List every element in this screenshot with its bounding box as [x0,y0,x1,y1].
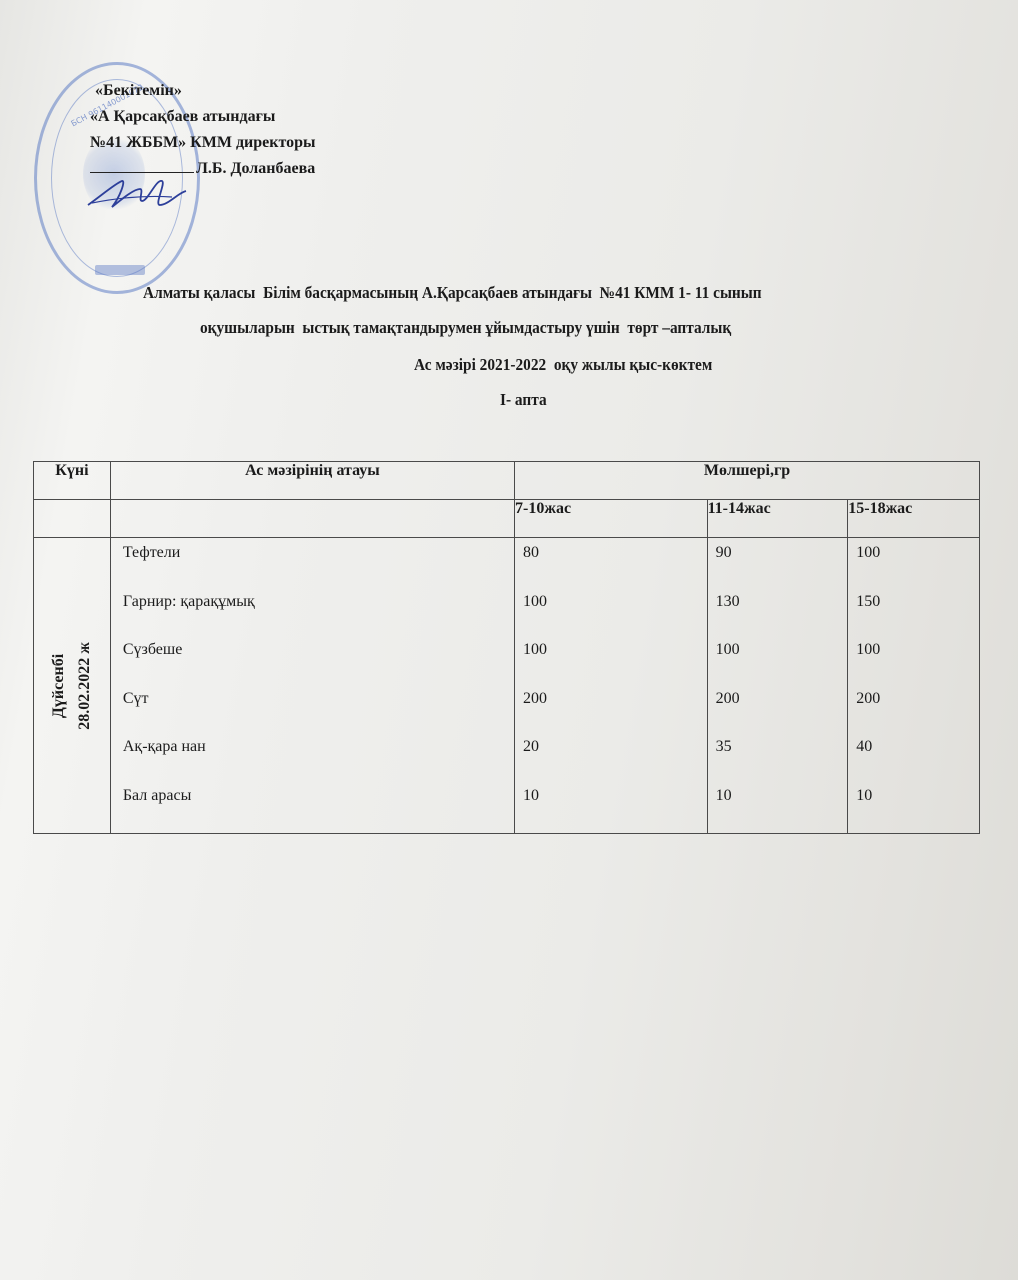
approval-line-school: «А Қарсақбаев атындағы [90,104,316,130]
amount-value: 100 [523,639,707,688]
approval-line-director: №41 ЖББМ» КММ директоры [90,130,316,156]
amounts-11-14: 90 130 100 200 35 10 [707,538,848,834]
date: 28.02.2022 ж [72,642,98,730]
dish-name: Гарнир: қарақұмық [123,591,514,640]
document-title-line-3: Ас мәзірі 2021-2022 оқу жылы қыс-көктем [414,355,1018,375]
amount-value: 200 [856,688,979,737]
amount-value: 90 [716,542,848,591]
header-amount: Мөлшері,гр [515,462,980,500]
age-group-11-14: 11-14жас [707,500,848,538]
age-group-7-10: 7-10жас [515,500,708,538]
table-header-row: Күні Ас мәзірінің атауы Мөлшері,гр [34,462,980,500]
week-label: І- апта [500,390,1018,410]
age-group-15-18: 15-18жас [848,500,980,538]
header-dish: Ас мәзірінің атауы [110,462,514,500]
dish-list: Тефтели Гарнир: қарақұмық Сүзбеше Сүт Ақ… [110,538,514,834]
amount-value: 10 [523,785,707,834]
document-title-line-1: Алматы қаласы Білім басқармасының А.Қарс… [143,283,1018,303]
weekday: Дүйсенбі [46,642,72,730]
age-group-row: 7-10жас 11-14жас 15-18жас [34,500,980,538]
amount-value: 80 [523,542,707,591]
amount-value: 150 [856,591,979,640]
header-day: Күні [34,462,111,500]
amount-value: 20 [523,736,707,785]
table-row: Дүйсенбі 28.02.2022 ж Тефтели Гарнир: қа… [34,538,980,834]
dish-name: Ақ-қара нан [123,736,514,785]
amount-value: 40 [856,736,979,785]
amount-value: 200 [716,688,848,737]
amount-value: 35 [716,736,848,785]
approval-signatory: Л.Б. Доланбаева [196,160,315,177]
amounts-7-10: 80 100 100 200 20 10 [515,538,708,834]
empty-cell [34,500,111,538]
dish-name: Бал арасы [123,785,514,834]
document-title-line-2: оқушыларын ыстық тамақтандырумен ұйымдас… [200,318,1018,338]
empty-cell [110,500,514,538]
amount-value: 10 [716,785,848,834]
menu-table: Күні Ас мәзірінің атауы Мөлшері,гр 7-10ж… [33,461,980,834]
amount-value: 200 [523,688,707,737]
amounts-15-18: 100 150 100 200 40 10 [848,538,980,834]
amount-value: 100 [856,639,979,688]
dish-name: Тефтели [123,542,514,591]
amount-value: 100 [523,591,707,640]
dish-name: Сүт [123,688,514,737]
amount-value: 130 [716,591,848,640]
signature-line [90,172,194,173]
amount-value: 100 [716,639,848,688]
approval-block: «Бекітемін» «А Қарсақбаев атындағы №41 Ж… [92,78,316,182]
day-cell: Дүйсенбі 28.02.2022 ж [34,538,111,834]
amount-value: 100 [856,542,979,591]
dish-name: Сүзбеше [123,639,514,688]
amount-value: 10 [856,785,979,834]
approval-heading: «Бекітемін» [95,78,316,104]
stamp-plate [95,265,145,275]
